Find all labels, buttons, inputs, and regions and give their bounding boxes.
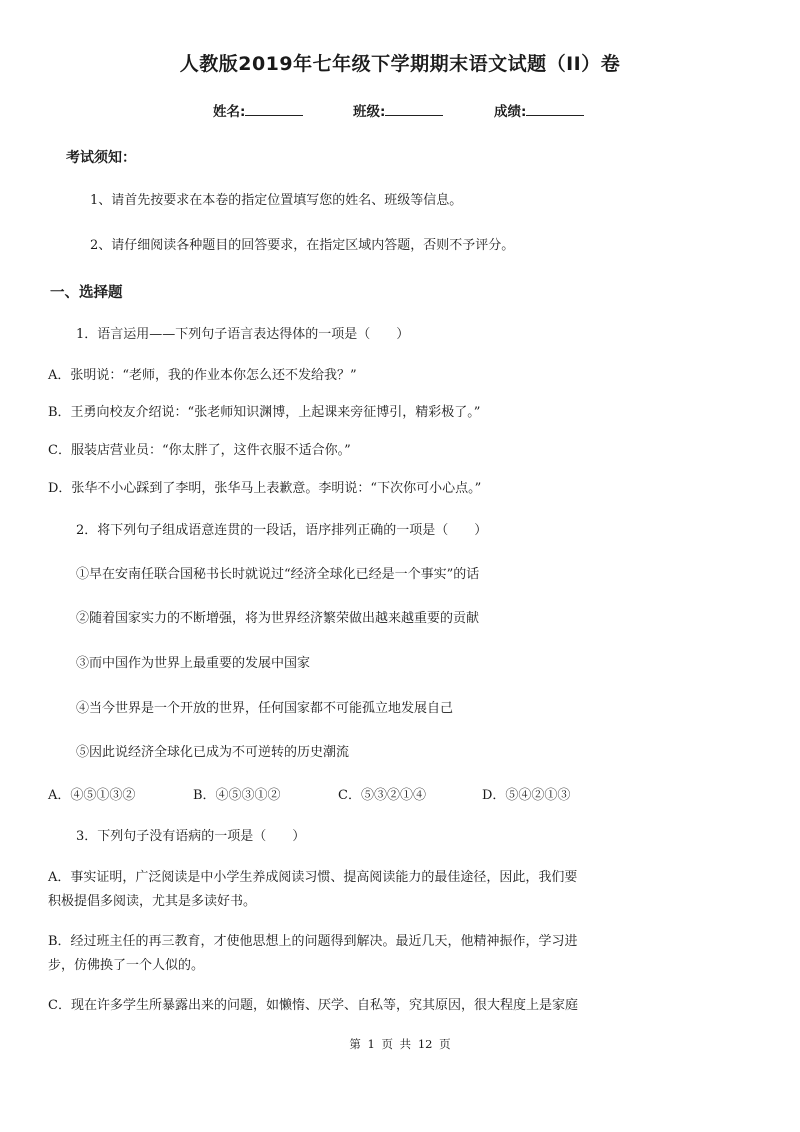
section-heading: 一、选择题: [50, 281, 123, 302]
q3-option-b-line2: 步，仿佛换了一个人似的。: [48, 957, 204, 975]
score-label: 成绩:: [494, 104, 526, 120]
q1-option-c: C．服装店营业员：“你太胖了，这件衣服不适合你。”: [48, 442, 351, 460]
class-field[interactable]: 班级:: [353, 100, 443, 120]
document-title: 人教版2019年七年级下学期期末语文试题（II）卷: [0, 49, 800, 76]
name-field[interactable]: 姓名:: [213, 100, 303, 120]
q2-option-b: B．④⑤③①②: [193, 787, 281, 805]
notice-heading: 考试须知：: [66, 147, 136, 167]
q1-option-d: D．张华不小心踩到了李明，张华马上表歉意。李明说：“下次你可小心点。”: [48, 480, 481, 498]
score-field[interactable]: 成绩:: [494, 100, 584, 120]
q2-sentence-2: ②随着国家实力的不断增强，将为世界经济繁荣做出越来越重要的贡献: [76, 610, 479, 628]
question-2-stem: 2．将下列句子组成语意连贯的一段话，语序排列正确的一项是（ ）: [76, 522, 487, 540]
q2-sentence-4: ④当今世界是一个开放的世界，任何国家都不可能孤立地发展自己: [76, 700, 453, 718]
name-label: 姓名:: [213, 104, 245, 120]
q3-option-a-line2: 积极提倡多阅读，尤其是多读好书。: [48, 893, 256, 911]
q3-option-b-line1: B．经过班主任的再三教育，才使他思想上的问题得到解决。最近几天，他精神振作，学习…: [48, 933, 578, 951]
q1-option-b: B．王勇向校友介绍说：“张老师知识渊博，上起课来旁征博引，精彩极了。”: [48, 404, 480, 422]
q2-option-c: C．⑤③②①④: [338, 787, 426, 805]
q1-option-a: A．张明说：“老师，我的作业本你怎么还不发给我？”: [48, 367, 357, 385]
q3-option-a-line1: A．事实证明，广泛阅读是中小学生养成阅读习惯、提高阅读能力的最佳途径，因此，我们…: [48, 869, 577, 887]
q2-sentence-1: ①早在安南任联合国秘书长时就说过“经济全球化已经是一个事实”的话: [76, 566, 479, 584]
q2-option-a: A．④⑤①③②: [48, 787, 135, 805]
q2-option-d: D．⑤④②①③: [482, 787, 570, 805]
score-blank[interactable]: [526, 103, 584, 116]
q3-option-c-line1: C．现在许多学生所暴露出来的问题，如懒惰、厌学、自私等，究其原因，很大程度上是家…: [48, 997, 578, 1015]
question-1-stem: 1．语言运用——下列句子语言表达得体的一项是（ ）: [76, 326, 409, 344]
class-label: 班级:: [353, 104, 385, 120]
page-footer: 第 1 页 共 12 页: [0, 1036, 800, 1052]
notice-item-2: 2、请仔细阅读各种题目的回答要求，在指定区域内答题，否则不予评分。: [90, 237, 514, 255]
notice-item-1: 1、请首先按要求在本卷的指定位置填写您的姓名、班级等信息。: [90, 192, 462, 210]
q2-sentence-3: ③而中国作为世界上最重要的发展中国家: [76, 655, 310, 673]
class-blank[interactable]: [385, 103, 443, 116]
q2-sentence-5: ⑤因此说经济全球化已成为不可逆转的历史潮流: [76, 744, 349, 762]
question-3-stem: 3．下列句子没有语病的一项是（ ）: [76, 828, 305, 846]
name-blank[interactable]: [245, 103, 303, 116]
